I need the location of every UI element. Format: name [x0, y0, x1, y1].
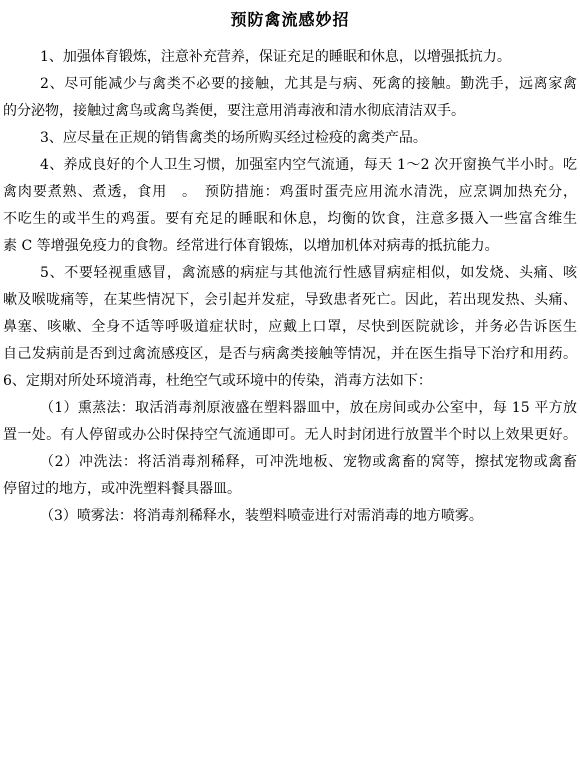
paragraph-2: 2、尽可能减少与禽类不必要的接触，尤其是与病、死禽的接触。勤洗手，远离家禽 的分…: [3, 71, 577, 125]
paragraph-4: 4、养成良好的个人卫生习惯，加强室内空气流通，每天 1～2 次开窗换气半小时。吃…: [3, 152, 577, 260]
paragraph-1-line-1: 1、加强体育锻炼，注意补充营养，保证充足的睡眠和休息，以增强抵抗力。: [3, 44, 577, 71]
paragraph-3-line-1: 3、应尽量在正规的销售禽类的场所购买经过检疫的禽类产品。: [3, 125, 577, 152]
paragraph-4-line-3: 不吃生的或半生的鸡蛋。要有充足的睡眠和休息，均衡的饮食，注意多摄入一些富含维生: [3, 206, 577, 233]
document-body: 1、加强体育锻炼，注意补充营养，保证充足的睡眠和休息，以增强抵抗力。 2、尽可能…: [3, 44, 577, 530]
paragraph-5: 5、不要轻视重感冒，禽流感的病症与其他流行性感冒病症相似，如发烧、头痛、咳 嗽及…: [3, 260, 577, 368]
paragraph-6: 6、定期对所处环境消毒，杜绝空气或环境中的传染，消毒方法如下：: [3, 368, 577, 395]
document-page: 预防禽流感妙招 1、加强体育锻炼，注意补充营养，保证充足的睡眠和休息，以增强抵抗…: [0, 0, 580, 771]
paragraph-8-line-1: （2）冲洗法：将活消毒剂稀释，可冲洗地板、宠物或禽畜的窝等，擦拭宠物或禽畜: [3, 449, 577, 476]
paragraph-9-line-1: （3）喷雾法：将消毒剂稀释水，装塑料喷壶进行对需消毒的地方喷雾。: [3, 503, 577, 530]
paragraph-7-fumigation-method: （1）熏蒸法：取活消毒剂原液盛在塑料器皿中，放在房间或办公室中，每 15 平方放…: [3, 395, 577, 449]
paragraph-3: 3、应尽量在正规的销售禽类的场所购买经过检疫的禽类产品。: [3, 125, 577, 152]
paragraph-8-line-2: 停留过的地方，或冲洗塑料餐具器皿。: [3, 476, 577, 503]
paragraph-5-line-1: 5、不要轻视重感冒，禽流感的病症与其他流行性感冒病症相似，如发烧、头痛、咳: [3, 260, 577, 287]
paragraph-7-line-2: 置一处。有人停留或办公时保持空气流通即可。无人时封闭进行放置半个时以上效果更好。: [3, 422, 577, 449]
paragraph-5-line-3: 鼻塞、咳嗽、全身不适等呼吸道症状时，应戴上口罩，尽快到医院就诊，并务必告诉医生: [3, 314, 577, 341]
paragraph-1: 1、加强体育锻炼，注意补充营养，保证充足的睡眠和休息，以增强抵抗力。: [3, 44, 577, 71]
paragraph-4-line-4: 素 C 等增强免疫力的食物。经常进行体育锻炼，以增加机体对病毒的抵抗能力。: [3, 233, 577, 260]
paragraph-7-line-1: （1）熏蒸法：取活消毒剂原液盛在塑料器皿中，放在房间或办公室中，每 15 平方放: [3, 395, 577, 422]
paragraph-5-line-2: 嗽及喉咙痛等，在某些情况下，会引起并发症，导致患者死亡。因此，若出现发热、头痛、: [3, 287, 577, 314]
paragraph-8-rinse-method: （2）冲洗法：将活消毒剂稀释，可冲洗地板、宠物或禽畜的窝等，擦拭宠物或禽畜 停留…: [3, 449, 577, 503]
paragraph-6-line-1: 6、定期对所处环境消毒，杜绝空气或环境中的传染，消毒方法如下：: [3, 368, 577, 395]
document-title: 预防禽流感妙招: [3, 8, 577, 32]
paragraph-2-line-1: 2、尽可能减少与禽类不必要的接触，尤其是与病、死禽的接触。勤洗手，远离家禽: [3, 71, 577, 98]
paragraph-9-spray-method: （3）喷雾法：将消毒剂稀释水，装塑料喷壶进行对需消毒的地方喷雾。: [3, 503, 577, 530]
paragraph-5-line-4: 自己发病前是否到过禽流感疫区，是否与病禽类接触等情况，并在医生指导下治疗和用药。: [3, 341, 577, 368]
paragraph-2-line-2: 的分泌物，接触过禽鸟或禽鸟粪便，要注意用消毒液和清水彻底清洁双手。: [3, 98, 577, 125]
paragraph-4-line-2: 禽肉要煮熟、煮透，食用 。 预防措施：鸡蛋时蛋壳应用流水清洗，应烹调加热充分，: [3, 179, 577, 206]
paragraph-4-line-1: 4、养成良好的个人卫生习惯，加强室内空气流通，每天 1～2 次开窗换气半小时。吃: [3, 152, 577, 179]
